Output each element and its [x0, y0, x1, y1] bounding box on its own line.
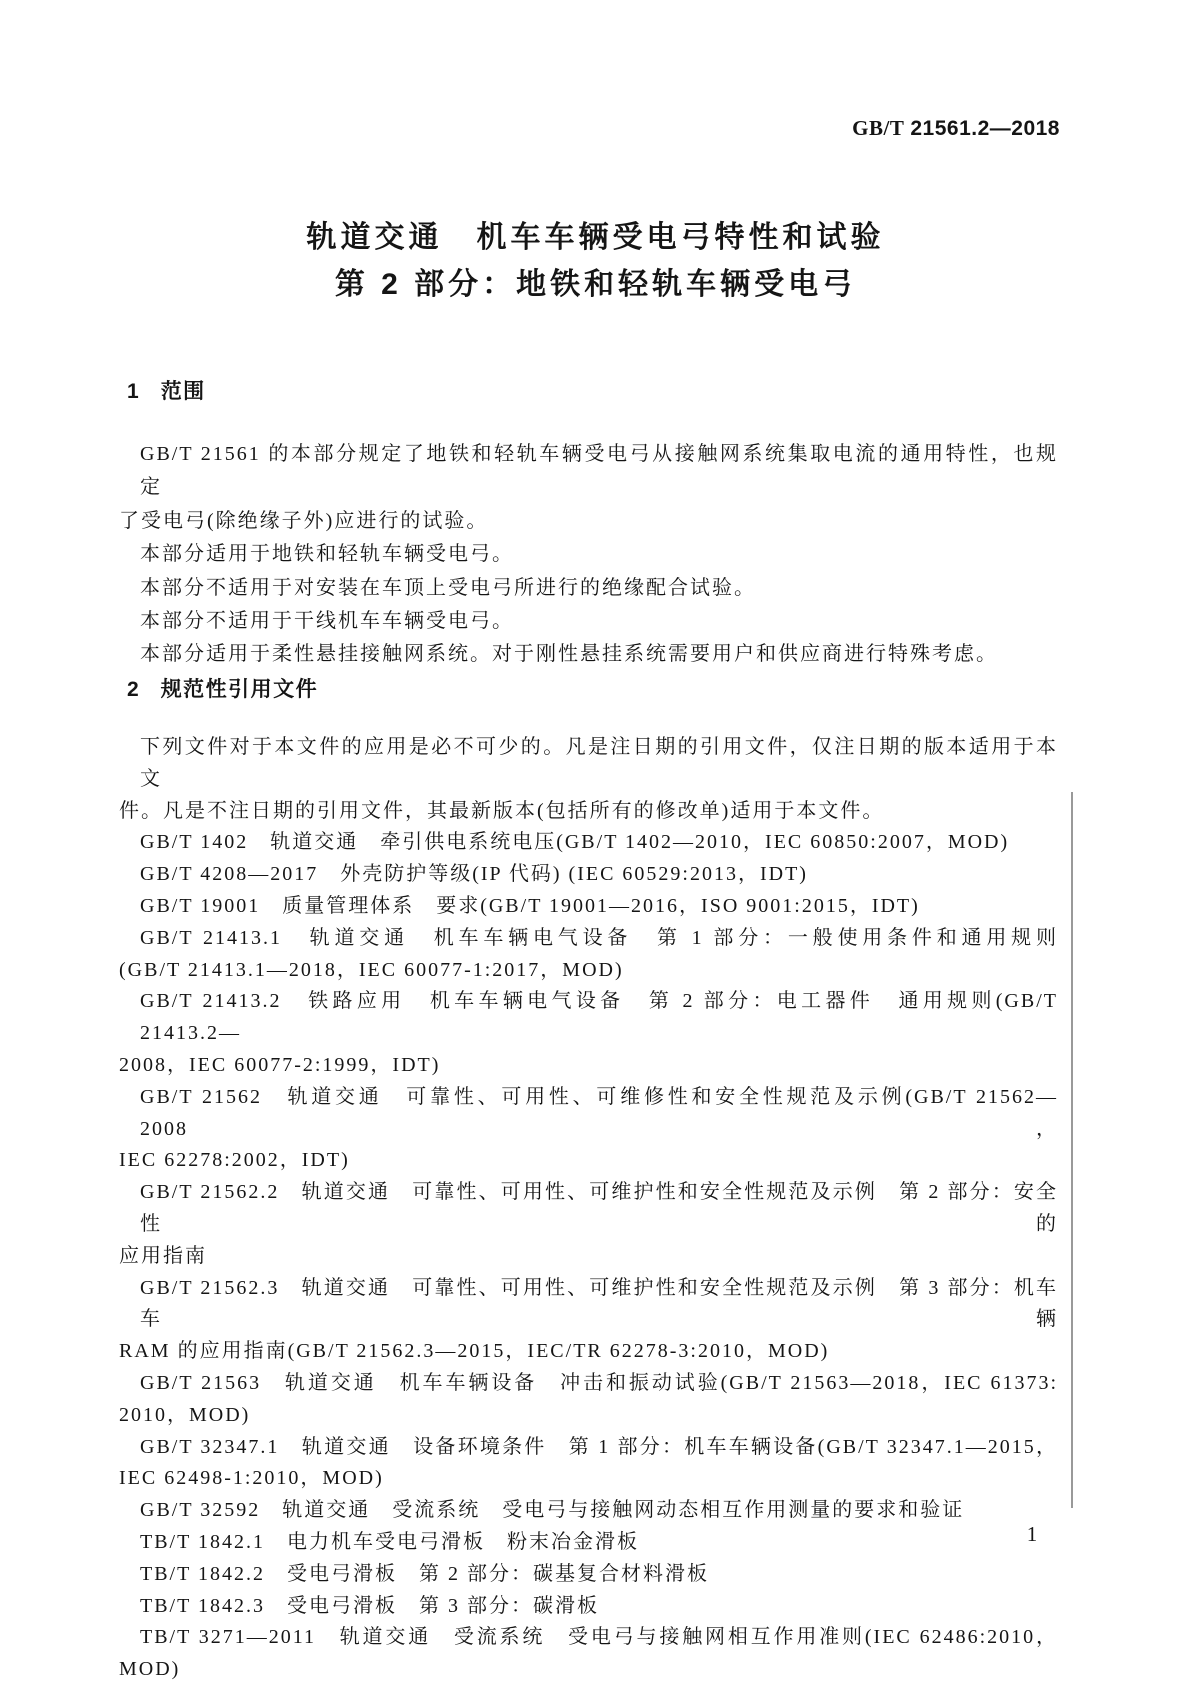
reference-item: GB/T 1402 轨道交通 牵引供电系统电压(GB/T 1402—2010，I… — [119, 827, 1058, 859]
standard-prefix: GB/T — [852, 116, 904, 140]
normative-references-text: 下列文件对于本文件的应用是必不可少的。凡是注日期的引用文件，仅注日期的版本适用于… — [119, 732, 1058, 1684]
page-number: 1 — [1010, 1522, 1054, 1547]
document-title-line2: 第 2 部分：地铁和轻轨车辆受电弓 — [0, 261, 1191, 308]
reference-item: GB/T 21562.3 轨道交通 可靠性、可用性、可维护性和安全性规范及示例 … — [119, 1273, 1058, 1337]
revision-change-bar — [1071, 792, 1073, 1508]
paragraph-line: 本部分不适用于干线机车车辆受电弓。 — [119, 605, 1058, 638]
reference-item: TB/T 1842.2 受电弓滑板 第 2 部分：碳基复合材料滑板 — [119, 1559, 1058, 1591]
reference-item-continuation: IEC 62498-1:2010，MOD) — [119, 1463, 1058, 1495]
scope-text: GB/T 21561 的本部分规定了地铁和轻轨车辆受电弓从接触网系统集取电流的通… — [119, 438, 1058, 672]
reference-item-continuation: MOD) — [119, 1654, 1058, 1684]
reference-item: TB/T 1842.1 电力机车受电弓滑板 粉末冶金滑板 — [119, 1527, 1058, 1559]
reference-item: GB/T 21413.1 轨道交通 机车车辆电气设备 第 1 部分：一般使用条件… — [119, 923, 1058, 955]
reference-item-continuation: IEC 62278:2002，IDT) — [119, 1145, 1058, 1177]
paragraph-line: 下列文件对于本文件的应用是必不可少的。凡是注日期的引用文件，仅注日期的版本适用于… — [119, 732, 1058, 796]
reference-item-continuation: (GB/T 21413.1—2018，IEC 60077-1:2017，MOD) — [119, 955, 1058, 987]
reference-item: TB/T 1842.3 受电弓滑板 第 3 部分：碳滑板 — [119, 1591, 1058, 1623]
paragraph-line: 了受电弓(除绝缘子外)应进行的试验。 — [119, 505, 1058, 538]
paragraph-line: 件。凡是不注日期的引用文件，其最新版本(包括所有的修改单)适用于本文件。 — [119, 796, 1058, 828]
section-heading-scope: 1范围 — [127, 378, 206, 406]
reference-item-continuation: 2010，MOD) — [119, 1400, 1058, 1432]
section-number: 2 — [127, 678, 139, 701]
paragraph-line: 本部分适用于柔性悬挂接触网系统。对于刚性悬挂系统需要用户和供应商进行特殊考虑。 — [119, 638, 1058, 671]
reference-item: GB/T 19001 质量管理体系 要求(GB/T 19001—2016，ISO… — [119, 891, 1058, 923]
section-heading-label: 规范性引用文件 — [161, 678, 319, 701]
reference-item: GB/T 21562.2 轨道交通 可靠性、可用性、可维护性和安全性规范及示例 … — [119, 1177, 1058, 1241]
paragraph-line: GB/T 21561 的本部分规定了地铁和轻轨车辆受电弓从接触网系统集取电流的通… — [119, 438, 1058, 505]
reference-item-continuation: RAM 的应用指南(GB/T 21562.3—2015，IEC/TR 62278… — [119, 1336, 1058, 1368]
reference-item-continuation: 应用指南 — [119, 1241, 1058, 1273]
reference-item: GB/T 32347.1 轨道交通 设备环境条件 第 1 部分：机车车辆设备(G… — [119, 1432, 1058, 1464]
section-heading-label: 范围 — [161, 380, 206, 403]
reference-item-continuation: 2008，IEC 60077-2:1999，IDT) — [119, 1050, 1058, 1082]
reference-item: GB/T 32592 轨道交通 受流系统 受电弓与接触网动态相互作用测量的要求和… — [119, 1495, 1058, 1527]
paragraph-line: 本部分适用于地铁和轻轨车辆受电弓。 — [119, 538, 1058, 571]
section-heading-normative-references: 2规范性引用文件 — [127, 676, 318, 704]
document-page: GB/T21561.2—2018 轨道交通 机车车辆受电弓特性和试验 第 2 部… — [0, 0, 1191, 1684]
reference-item: GB/T 4208—2017 外壳防护等级(IP 代码) (IEC 60529:… — [119, 859, 1058, 891]
reference-item: GB/T 21562 轨道交通 可靠性、可用性、可维修性和安全性规范及示例(GB… — [119, 1082, 1058, 1146]
reference-item: TB/T 3271—2011 轨道交通 受流系统 受电弓与接触网相互作用准则(I… — [119, 1622, 1058, 1654]
reference-item: GB/T 21563 轨道交通 机车车辆设备 冲击和振动试验(GB/T 2156… — [119, 1368, 1058, 1400]
document-title: 轨道交通 机车车辆受电弓特性和试验 第 2 部分：地铁和轻轨车辆受电弓 — [0, 214, 1191, 308]
reference-item: GB/T 21413.2 铁路应用 机车车辆电气设备 第 2 部分：电工器件 通… — [119, 986, 1058, 1050]
standard-number: 21561.2—2018 — [910, 117, 1060, 140]
document-number: GB/T21561.2—2018 — [852, 113, 1060, 144]
document-title-line1: 轨道交通 机车车辆受电弓特性和试验 — [0, 214, 1191, 261]
section-number: 1 — [127, 380, 139, 403]
paragraph-line: 本部分不适用于对安装在车顶上受电弓所进行的绝缘配合试验。 — [119, 572, 1058, 605]
